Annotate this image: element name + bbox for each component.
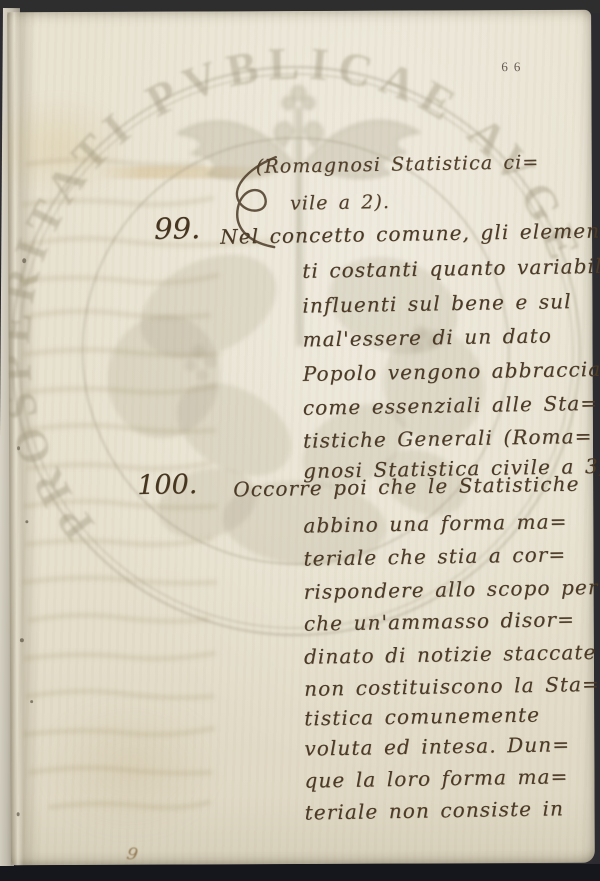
ink-speck bbox=[17, 812, 20, 816]
manuscript-page: PROSPERITATI PVBLICAE AVGE bbox=[7, 10, 595, 866]
citation-line: (Romagnosi Statistica ci= bbox=[256, 151, 540, 178]
ink-speck bbox=[25, 520, 28, 523]
manuscript-line: Popolo vengono abbracciati bbox=[303, 357, 600, 386]
manuscript-line: teriale che stia a cor= bbox=[303, 542, 566, 570]
citation-line: vile a 2). bbox=[290, 191, 390, 215]
ink-speck bbox=[20, 638, 24, 642]
scanned-manuscript: PROSPERITATI PVBLICAE AVGE bbox=[0, 0, 600, 881]
manuscript-line: come essenziali alle Sta= bbox=[303, 391, 599, 420]
ink-speck bbox=[17, 446, 20, 450]
manuscript-line: ti costanti quanto variabili bbox=[302, 254, 600, 283]
manuscript-line: che un'ammasso disor= bbox=[304, 607, 576, 635]
paragraph-number: 99. bbox=[154, 211, 201, 246]
manuscript-line: voluta ed intesa. Dun= bbox=[304, 732, 570, 760]
ink-speck bbox=[22, 258, 26, 263]
scanner-background-bottom bbox=[0, 864, 600, 881]
manuscript-line: abbino una forma ma= bbox=[303, 509, 568, 537]
manuscript-line: non costituiscono la Sta= bbox=[304, 672, 600, 701]
manuscript-line: influenti sul bene e sul bbox=[302, 289, 572, 317]
manuscript-line: tistica comunemente bbox=[304, 703, 540, 731]
manuscript-line: rispondere allo scopo per= bbox=[303, 575, 600, 604]
manuscript-line: teriale non consiste in bbox=[304, 796, 564, 824]
manuscript-line: dinato di notizie staccate bbox=[304, 640, 597, 669]
manuscript-line: tistiche Generali (Roma= bbox=[303, 424, 593, 453]
manuscript-line: mal'essere di un dato bbox=[302, 323, 552, 351]
paragraph-number: 100. bbox=[137, 469, 198, 501]
page-number-stamp: 66 bbox=[501, 59, 526, 75]
manuscript-line: que la loro forma ma= bbox=[304, 764, 568, 792]
ink-speck bbox=[30, 700, 33, 703]
